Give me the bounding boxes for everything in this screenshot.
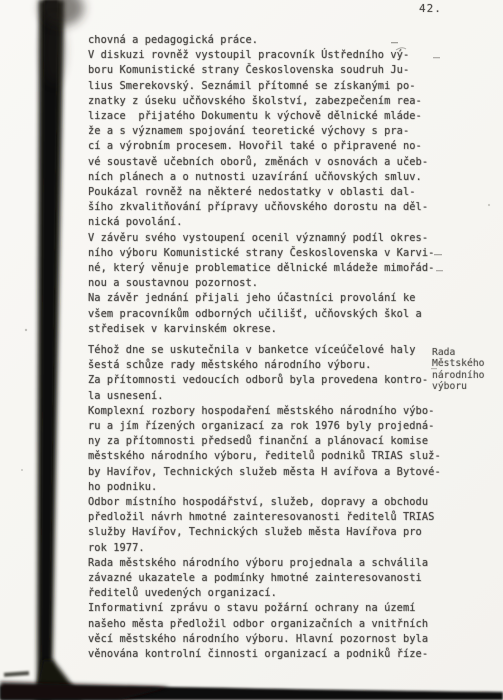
binding-shadow-outer xyxy=(37,0,64,700)
binding-foot-flare xyxy=(34,660,82,700)
stray-mark-3 xyxy=(434,254,442,255)
body-text-section-2: Téhož dne se uskutečnila v banketce více… xyxy=(88,343,441,662)
bottom-band xyxy=(0,686,503,700)
binding-top-smudge xyxy=(40,0,84,26)
margin-note: Rada Městského národního výboru xyxy=(432,347,485,393)
stray-speck-3 xyxy=(488,204,490,206)
binding-shadow-core xyxy=(41,0,58,700)
stray-mark-4 xyxy=(436,270,443,271)
body-text-section-1: chovná a pedagogická práce. V diskuzi ro… xyxy=(88,33,434,337)
scanned-page: 42. chovná a pedagogická práce. V diskuz… xyxy=(0,0,503,700)
stray-speck-2 xyxy=(21,469,23,471)
bottom-band-left-thick xyxy=(0,682,170,700)
left-margin-dash xyxy=(4,671,29,677)
binding-shadow xyxy=(34,0,84,700)
binding-top-smudge-2 xyxy=(43,16,65,84)
bottom-scan-edge xyxy=(0,671,503,700)
stray-speck-1 xyxy=(25,329,27,331)
page-number: 42. xyxy=(419,2,442,15)
